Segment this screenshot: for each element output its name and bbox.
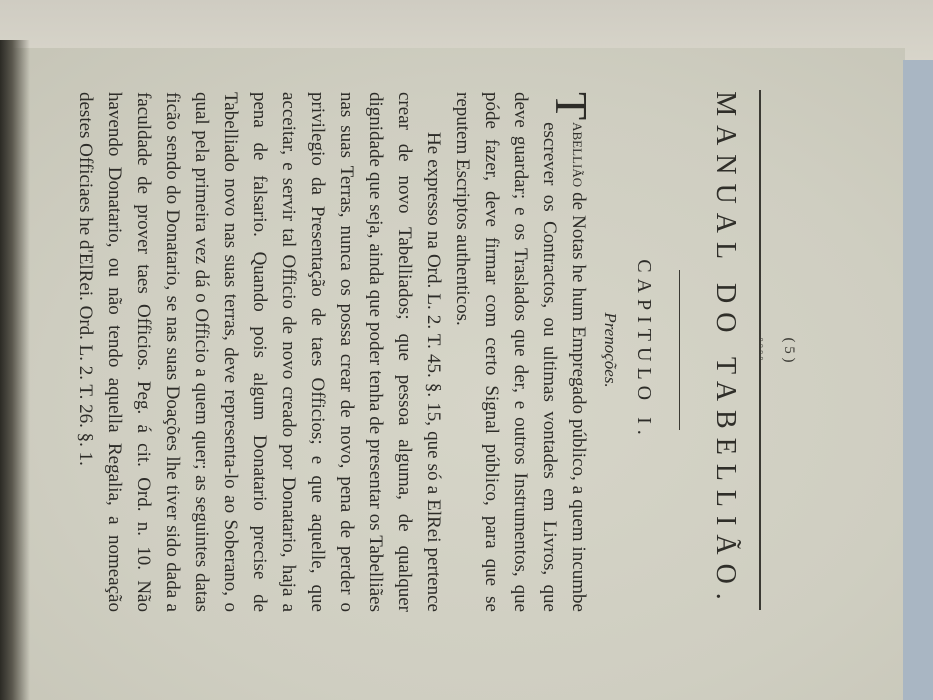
title-rule [679, 270, 680, 430]
ornament-icon: —◦◦◦◦— [754, 70, 769, 630]
page-title: MANUAL DO TABELLIÃO. [709, 70, 741, 630]
drop-cap: T [551, 92, 591, 122]
paragraph-1: Tabellião de Notas he hum Empregado públ… [448, 92, 593, 612]
section-subtitle: Prenoções. [600, 70, 620, 630]
chapter-heading: CAPITULO I. [632, 70, 655, 630]
body-text: Tabellião de Notas he hum Empregado públ… [71, 92, 593, 612]
paragraph-2: He expresso na Ord. L. 2. T. 45. §. 15, … [71, 92, 448, 612]
page-number: ( 5 ) [780, 70, 797, 630]
page-content: ( 5 ) —◦◦◦◦— MANUAL DO TABELLIÃO. CAPITU… [0, 70, 805, 630]
background-cloth [903, 60, 933, 700]
small-caps-word: abellião [568, 122, 589, 187]
